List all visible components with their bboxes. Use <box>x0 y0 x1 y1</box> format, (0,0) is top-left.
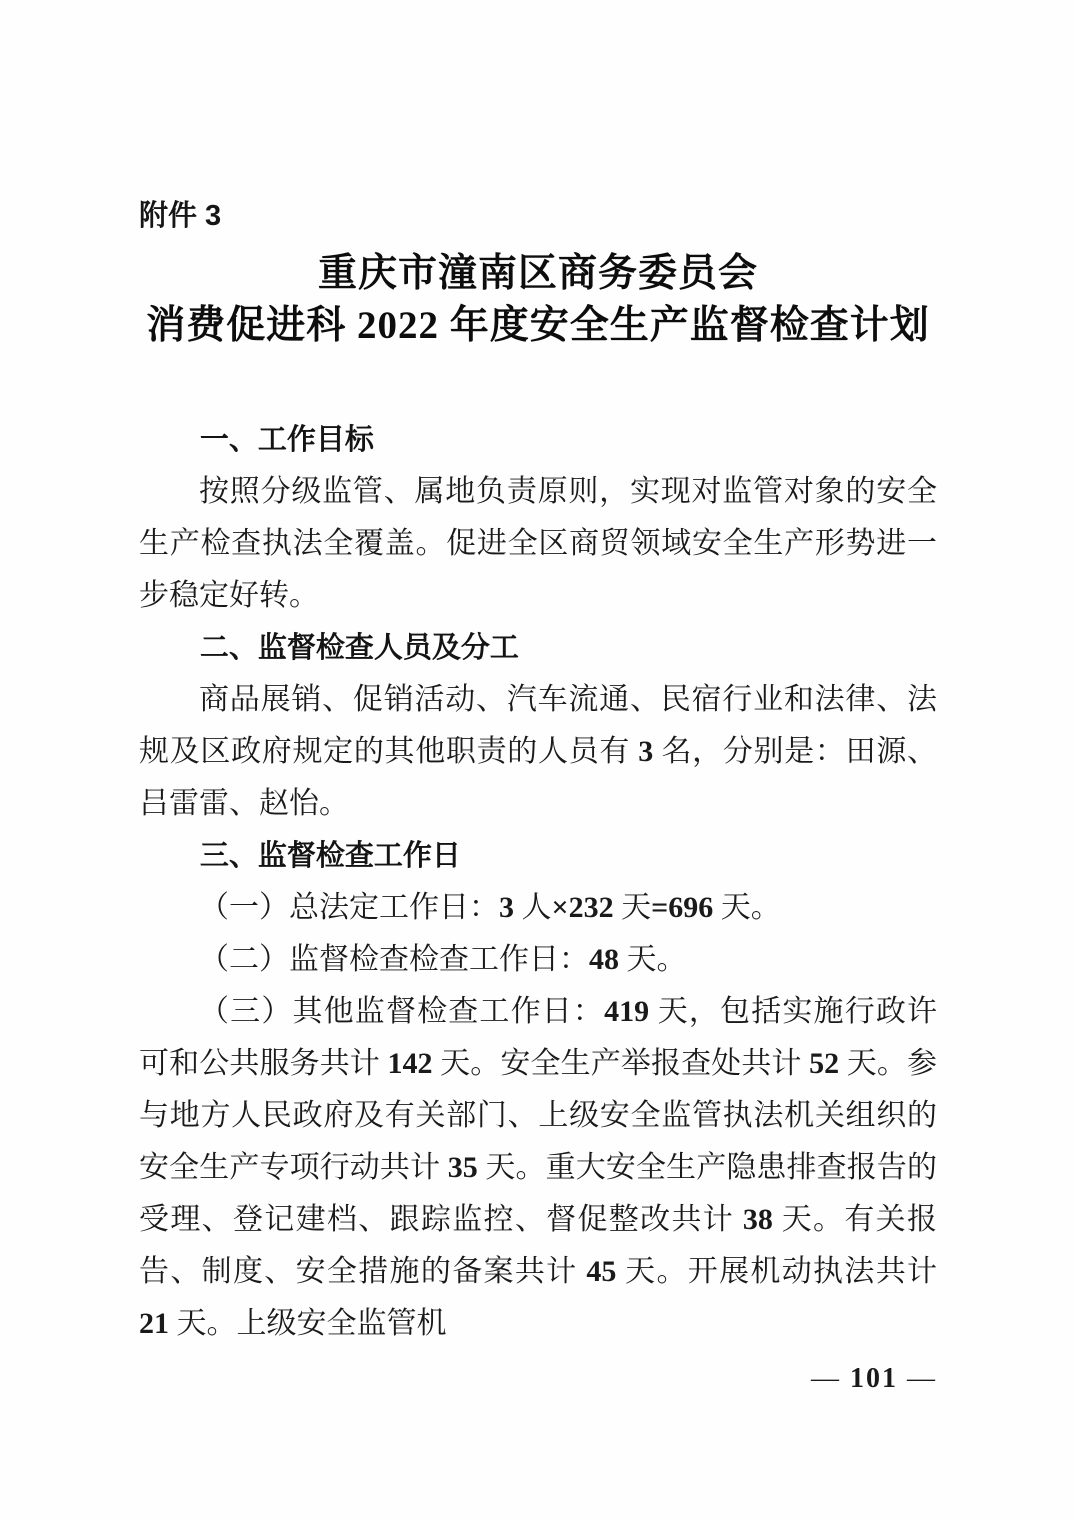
document-title-line2: 消费促进科 2022 年度安全生产监督检查计划 <box>139 300 937 352</box>
paragraph: 按照分级监管、属地负责原则，实现对监管对象的安全生产检查执法全覆盖。促进全区商贸… <box>139 466 937 622</box>
section-inspection-workdays: 三、监督检查工作日 （一）总法定工作日：3 人×232 天=696 天。 （二）… <box>139 830 937 1350</box>
document-body: 一、工作目标 按照分级监管、属地负责原则，实现对监管对象的安全生产检查执法全覆盖… <box>139 414 937 1350</box>
section-personnel-division: 二、监督检查人员及分工 商品展销、促销活动、汽车流通、民宿行业和法律、法规及区政… <box>139 622 937 830</box>
section-heading: 二、监督检查人员及分工 <box>139 622 937 674</box>
page-number: — 101 — <box>811 1362 937 1396</box>
document-title: 重庆市潼南区商务委员会 消费促进科 2022 年度安全生产监督检查计划 <box>139 248 937 352</box>
document-page: 附件 3 重庆市潼南区商务委员会 消费促进科 2022 年度安全生产监督检查计划… <box>0 0 1074 1520</box>
section-heading: 三、监督检查工作日 <box>139 830 937 882</box>
paragraph: （一）总法定工作日：3 人×232 天=696 天。 <box>139 882 937 934</box>
attachment-label: 附件 3 <box>139 198 937 234</box>
section-work-goals: 一、工作目标 按照分级监管、属地负责原则，实现对监管对象的安全生产检查执法全覆盖… <box>139 414 937 622</box>
document-content: 附件 3 重庆市潼南区商务委员会 消费促进科 2022 年度安全生产监督检查计划… <box>0 0 1074 1350</box>
document-title-line1: 重庆市潼南区商务委员会 <box>139 248 937 300</box>
paragraph: 商品展销、促销活动、汽车流通、民宿行业和法律、法规及区政府规定的其他职责的人员有… <box>139 674 937 830</box>
section-heading: 一、工作目标 <box>139 414 937 466</box>
paragraph: （三）其他监督检查工作日：419 天，包括实施行政许可和公共服务共计 142 天… <box>139 986 937 1350</box>
paragraph: （二）监督检查检查工作日：48 天。 <box>139 934 937 986</box>
